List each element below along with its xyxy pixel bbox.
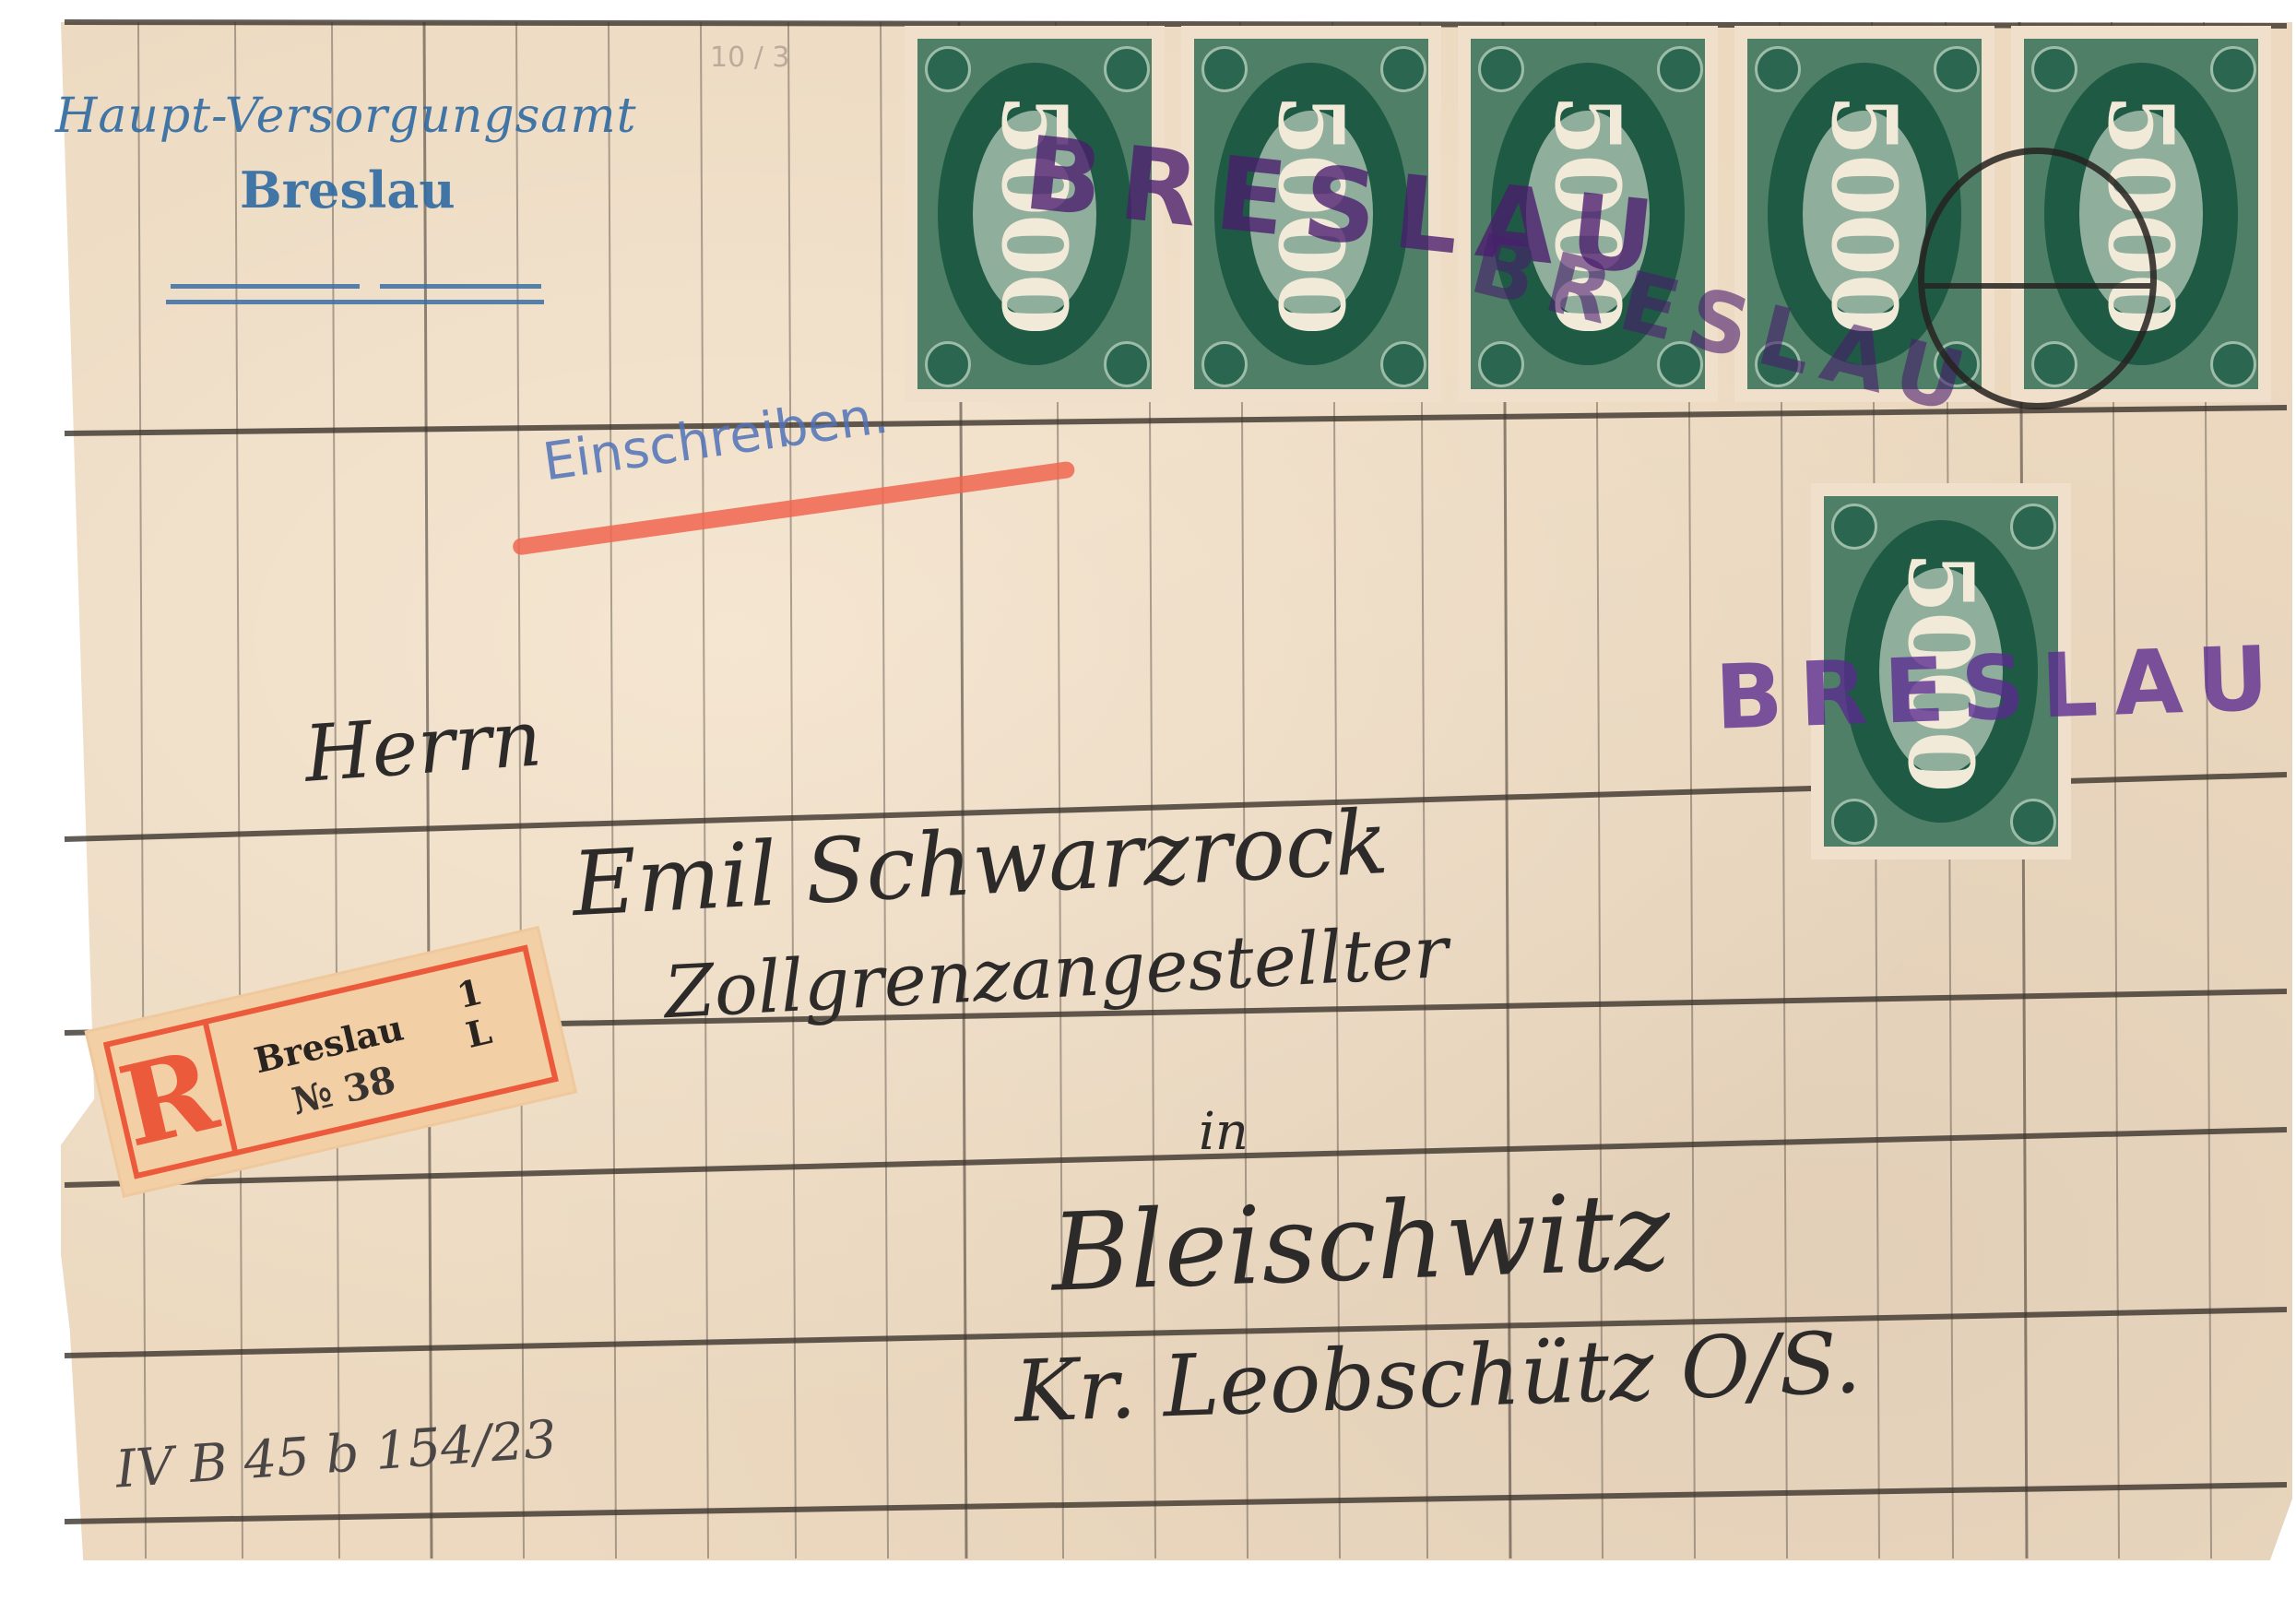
pencil-note: 10 / 3 bbox=[710, 41, 789, 74]
sender-office-name: Haupt-Versorgungsamt bbox=[55, 89, 637, 144]
address-place-prefix: in bbox=[1199, 1102, 1249, 1162]
stamp-corner-ornament bbox=[1201, 341, 1248, 387]
purple-cancel-breslau-right: BRESLAU bbox=[1713, 626, 2287, 750]
stamp-corner-ornament bbox=[2210, 46, 2256, 92]
stamp-corner-ornament bbox=[1934, 46, 1980, 92]
label-r-letter: R bbox=[111, 1035, 225, 1163]
letterhead-underline bbox=[171, 284, 360, 289]
stamp-corner-ornament bbox=[2010, 799, 2056, 845]
stamp-corner-ornament bbox=[2210, 341, 2256, 387]
postmark-bar bbox=[1924, 283, 2150, 289]
stamp-corner-ornament bbox=[2031, 46, 2077, 92]
stamp-corner-ornament bbox=[1380, 341, 1426, 387]
stamp-corner-ornament bbox=[2010, 504, 2056, 550]
sender-city: Breslau bbox=[240, 160, 456, 219]
stamp-corner-ornament bbox=[1831, 799, 1877, 845]
sender-letterhead-stamp: Haupt-Versorgungsamt Breslau bbox=[55, 89, 637, 144]
stamp-corner-ornament bbox=[1104, 341, 1150, 387]
stamp-corner-ornament bbox=[1657, 46, 1703, 92]
stamp-corner-ornament bbox=[1478, 341, 1524, 387]
letterhead-underline bbox=[380, 284, 541, 289]
stamp-corner-ornament bbox=[1755, 46, 1801, 92]
stamp-corner-ornament bbox=[925, 46, 971, 92]
stamp-corner-ornament bbox=[1831, 504, 1877, 550]
stamp-corner-ornament bbox=[1104, 46, 1150, 92]
address-salutation: Herrn bbox=[302, 693, 545, 800]
address-place: Bleischwitz bbox=[1049, 1169, 1673, 1315]
stamp-corner-ornament bbox=[1380, 46, 1426, 92]
stamp-corner-ornament bbox=[925, 341, 971, 387]
stamp-corner-ornament bbox=[1478, 46, 1524, 92]
letterhead-underline bbox=[166, 300, 544, 304]
stamp-corner-ornament bbox=[1201, 46, 1248, 92]
postmark-circle bbox=[1918, 148, 2157, 409]
